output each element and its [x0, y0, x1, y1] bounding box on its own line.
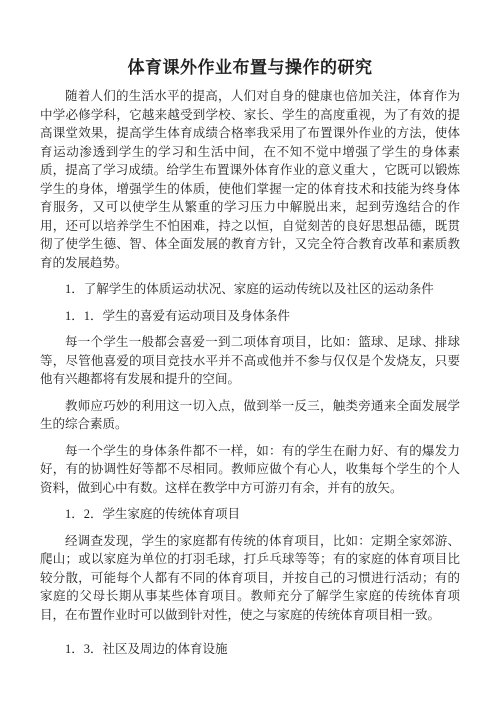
heading-section-1-3: 1．3．社区及周边的体育设施 [40, 640, 460, 659]
intro-paragraph: 随着人们的生活水平的提高，人们对自身的健康也倍加关注，体育作为中学必修学科，它越… [40, 87, 460, 272]
paragraph-family-sports: 经调查发现，学生的家庭都有传统的体育项目，比如：定期全家郊游、爬山；或以家庭为单… [40, 532, 460, 625]
heading-section-1-2: 1．2．学生家庭的传统体育项目 [40, 505, 460, 524]
paragraph-body-conditions: 每一个学生的身体条件都不一样，如：有的学生在耐力好、有的爆发力好，有的协调性好等… [40, 442, 460, 498]
paragraph-teacher-entry-point: 教师应巧妙的利用这一切入点，做到举一反三，触类旁通来全面发展学生的综合素质。 [40, 397, 460, 434]
heading-section-1-1: 1．1．学生的喜爱有运动项目及身体条件 [40, 307, 460, 326]
document-title: 体育课外作业布置与操作的研究 [40, 58, 460, 78]
paragraph-favorite-sports: 每一个学生一般都会喜爱一到二项体育项目，比如：篮球、足球、排球等，尽管他喜爱的项… [40, 333, 460, 389]
heading-section-1: 1．了解学生的体质运动状况、家庭的运动传统以及社区的运动条件 [40, 280, 460, 299]
document-page: 体育课外作业布置与操作的研究 随着人们的生活水平的提高，人们对自身的健康也倍加关… [0, 0, 500, 708]
